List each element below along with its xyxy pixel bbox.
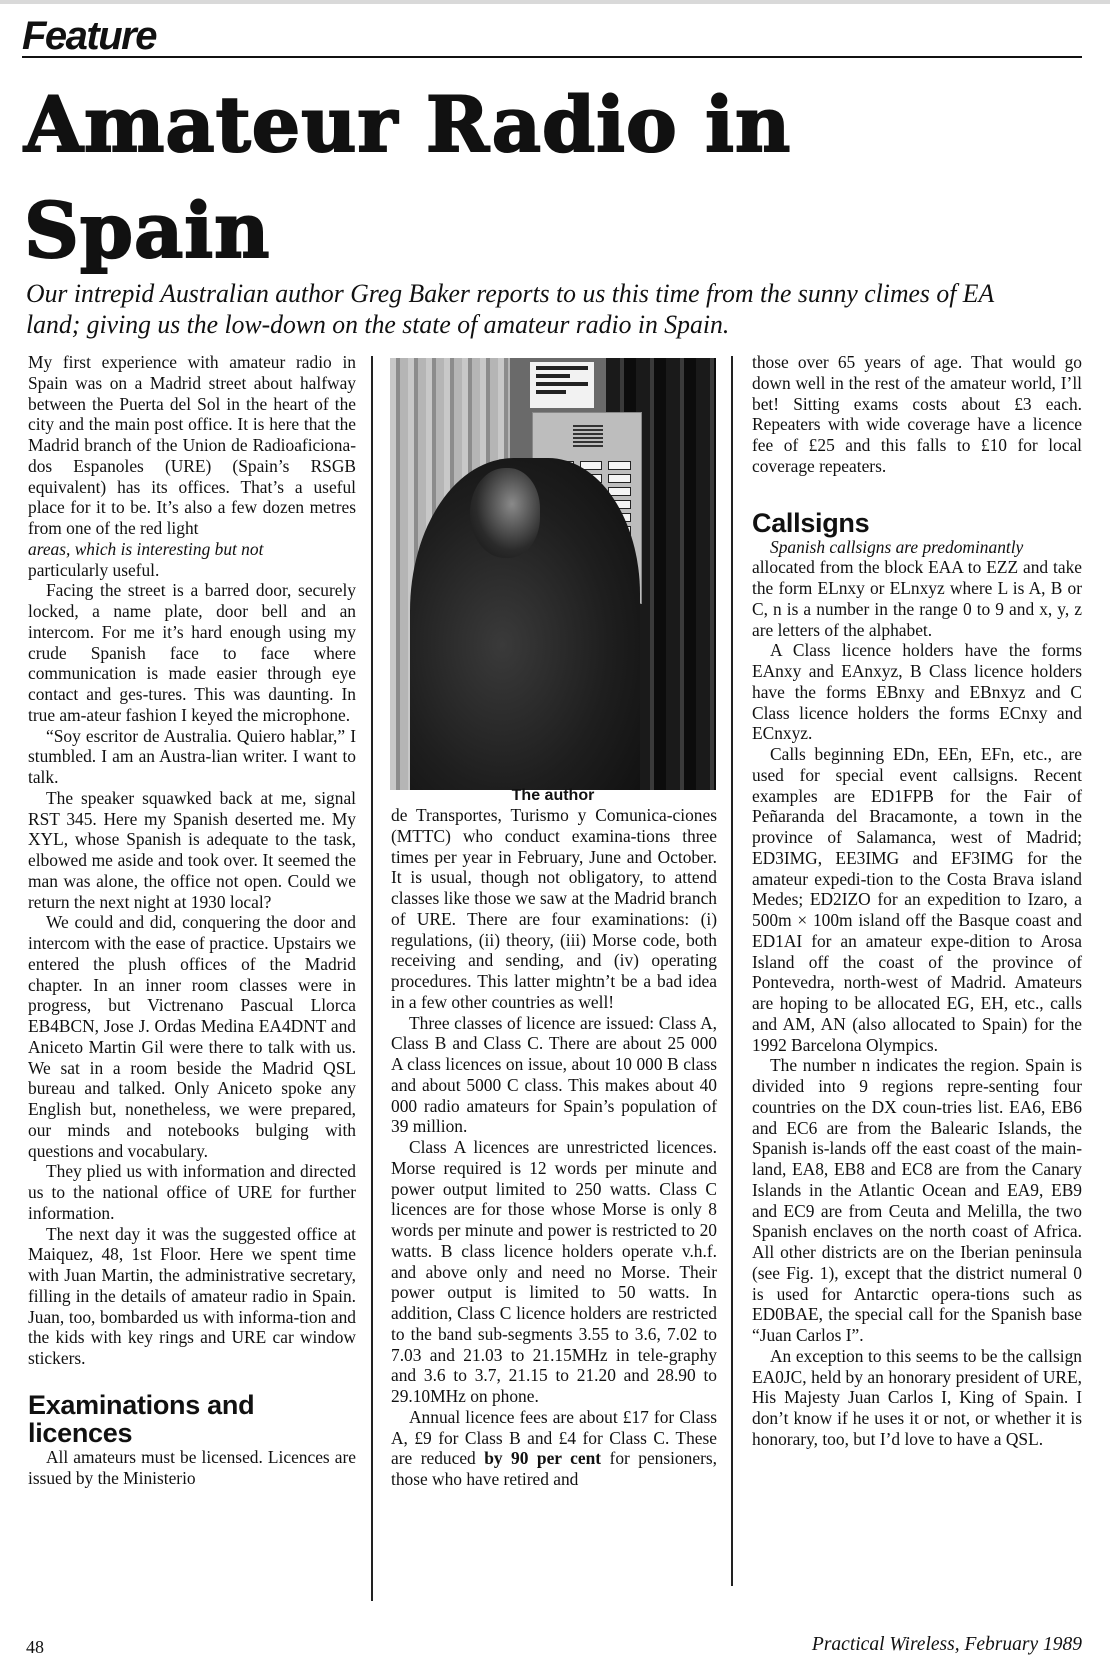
article-column-1: My first experience with amateur radio i…	[28, 352, 356, 1488]
headline: Amateur Radio in Spain	[24, 72, 1084, 284]
paragraph: Calls beginning EDn, EEn, EFn, etc., are…	[752, 744, 1082, 1055]
column-rule-left	[371, 356, 373, 1601]
section-label: Feature	[22, 14, 156, 58]
speaker-grille-icon	[573, 423, 603, 447]
paragraph: particularly useful.	[28, 560, 356, 581]
paragraph: de Transportes, Turismo y Comunica-cione…	[391, 805, 717, 1013]
paragraph-fees: Annual licence fees are about £17 for Cl…	[391, 1407, 717, 1490]
headline-line-2: Spain	[24, 178, 1084, 284]
paragraph: We could and did, conquering the door an…	[28, 912, 356, 1161]
article-column-2: de Transportes, Turismo y Comunica-cione…	[391, 805, 717, 1490]
paragraph: Three classes of licence are issued: Cla…	[391, 1013, 717, 1138]
author-photo	[390, 358, 716, 790]
header-rule	[22, 56, 1082, 58]
scan-edge	[0, 0, 1110, 4]
paragraph: An exception to this seems to be the cal…	[752, 1346, 1082, 1450]
headline-line-1: Amateur Radio in	[24, 72, 1084, 178]
paragraph: The speaker squawked back at me, signal …	[28, 788, 356, 913]
photo-sign	[530, 362, 594, 408]
standfirst: Our intrepid Australian author Greg Bake…	[26, 278, 1054, 340]
emphasis: by 90 per cent	[484, 1448, 601, 1468]
photo-caption: The author	[390, 786, 716, 806]
paragraph: The next day it was the suggested office…	[28, 1224, 356, 1369]
paragraph: “Soy escritor de Australia. Quiero habla…	[28, 726, 356, 788]
article-column-3: those over 65 years of age. That would g…	[752, 352, 1082, 1450]
paragraph-italic: areas, which is interesting but not	[28, 539, 356, 560]
paragraph: All amateurs must be licensed. Licences …	[28, 1447, 356, 1489]
subhead-examinations: Examinations and licences	[28, 1391, 356, 1447]
subhead-callsigns: Callsigns	[752, 509, 1082, 537]
paragraph: My first experience with amateur radio i…	[28, 352, 356, 539]
paragraph: allocated from the block EAA to EZZ and …	[752, 557, 1082, 640]
paragraph: Facing the street is a barred door, secu…	[28, 580, 356, 725]
column-rule-right	[731, 356, 733, 1586]
paragraph: The number n indicates the region. Spain…	[752, 1055, 1082, 1346]
publication-credit: Practical Wireless, February 1989	[764, 1634, 1082, 1656]
person-head-icon	[470, 468, 540, 558]
paragraph: They plied us with information and direc…	[28, 1161, 356, 1223]
paragraph: Class A licences are unrestricted licenc…	[391, 1137, 717, 1407]
page-number: 48	[26, 1636, 44, 1658]
paragraph: those over 65 years of age. That would g…	[752, 352, 1082, 477]
paragraph-italic: Spanish callsigns are predominantly	[752, 537, 1082, 558]
paragraph: A Class licence holders have the forms E…	[752, 640, 1082, 744]
